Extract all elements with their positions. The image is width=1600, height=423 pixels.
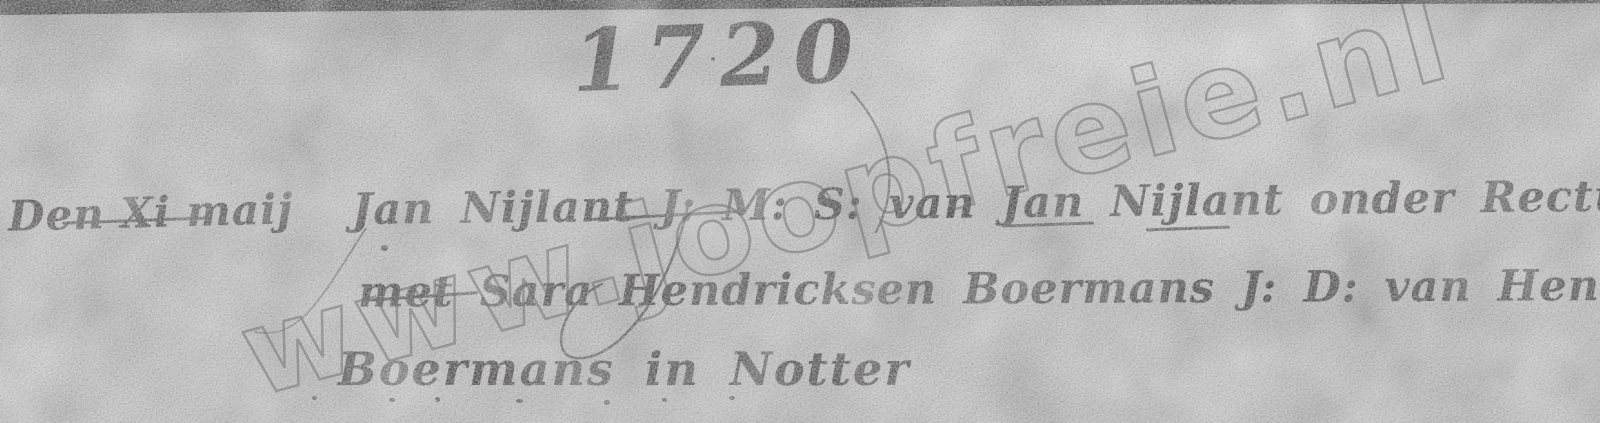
- ink-speck: [312, 396, 317, 400]
- ink-speck: [711, 57, 715, 61]
- ink-speck: [435, 397, 440, 402]
- ink-speck: [604, 400, 610, 405]
- ink-speck: [662, 398, 667, 402]
- ink-speck: [381, 245, 388, 251]
- ink-speck: [729, 396, 735, 400]
- scanned-marriage-record: 1720 Den Xi maij Jan Nijlant J: M: S: va…: [0, 0, 1600, 423]
- pen-flourish-curves: [0, 0, 1600, 423]
- ink-speck: [389, 398, 395, 402]
- ink-speck: [516, 399, 523, 403]
